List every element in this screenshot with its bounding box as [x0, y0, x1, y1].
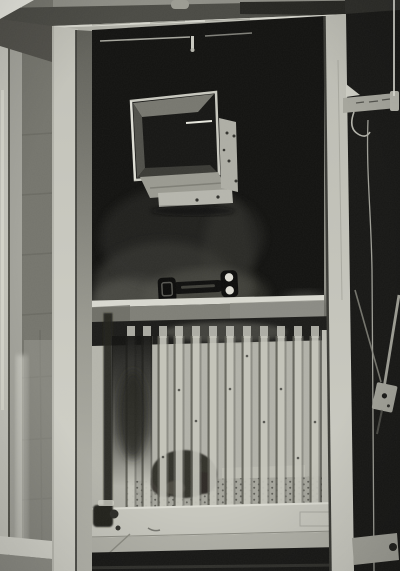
photo-canvas	[0, 0, 400, 571]
film-grain	[0, 0, 400, 571]
photograph: Black-and-white photograph of an animal …	[0, 0, 400, 571]
